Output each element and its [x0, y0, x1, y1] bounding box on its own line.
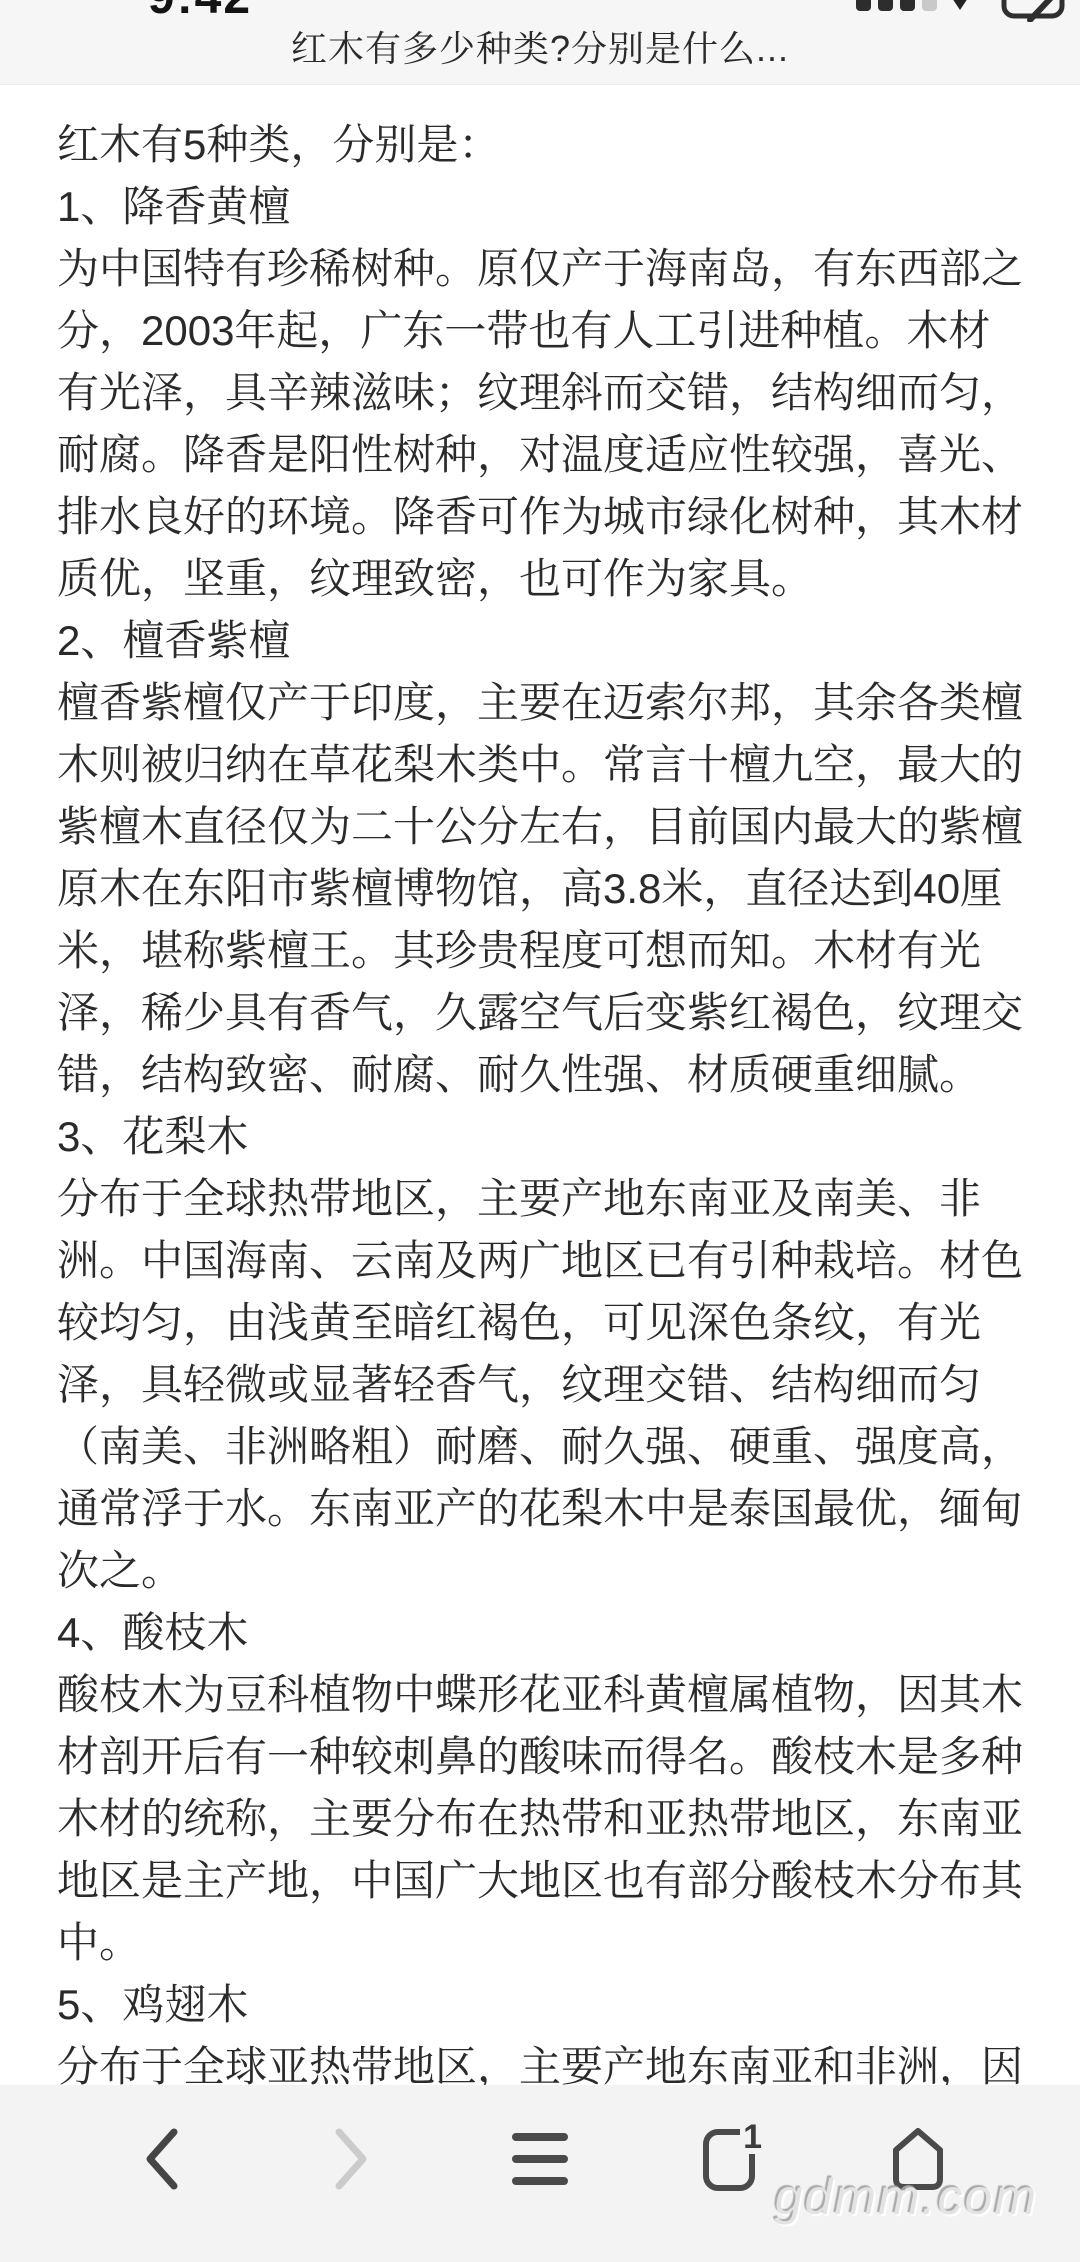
- back-button[interactable]: [130, 2128, 194, 2192]
- section-heading: 5、鸡翅木: [57, 1974, 1023, 2036]
- title-bar: 红木有多少种类?分别是什么...: [0, 8, 1080, 84]
- tab-count-badge: 1: [740, 2120, 765, 2154]
- section-heading: 1、降香黄檀: [57, 176, 1023, 238]
- menu-icon: [512, 2131, 568, 2190]
- article-content: 红木有5种类，分别是： 1、降香黄檀 为中国特有珍稀树种。原仅产于海南岛，有东西…: [0, 86, 1080, 2262]
- back-icon: [142, 2126, 182, 2195]
- top-chrome: 9:42 红木有多少种类?分别是什么...: [0, 0, 1080, 85]
- section-body: 为中国特有珍稀树种。原仅产于海南岛，有东西部之分，2003年起，广东一带也有人工…: [57, 238, 1023, 610]
- forward-icon: [331, 2126, 371, 2195]
- section-heading: 3、花梨木: [57, 1106, 1023, 1168]
- menu-button[interactable]: [508, 2128, 572, 2192]
- forward-button[interactable]: [319, 2128, 383, 2192]
- article-intro: 红木有5种类，分别是：: [57, 114, 1023, 176]
- page-title: 红木有多少种类?分别是什么...: [291, 21, 789, 72]
- section-body: 酸枝木为豆科植物中蝶形花亚科黄檀属植物，因其木材剖开后有一种较刺鼻的酸味而得名。…: [57, 1664, 1023, 1974]
- tabs-button[interactable]: 1: [697, 2128, 761, 2192]
- section-heading: 4、酸枝木: [57, 1602, 1023, 1664]
- watermark: gdmm.com: [775, 2168, 1038, 2226]
- browser-window: 9:42 红木有多少种类?分别是什么... 红木有5种类，分别是： 1、降香黄檀…: [0, 0, 1080, 2262]
- section-body: 檀香紫檀仅产于印度，主要在迈索尔邦，其余各类檀木则被归纳在草花梨木类中。常言十檀…: [57, 672, 1023, 1106]
- section-heading: 2、檀香紫檀: [57, 610, 1023, 672]
- section-body: 分布于全球热带地区，主要产地东南亚及南美、非洲。中国海南、云南及两广地区已有引种…: [57, 1168, 1023, 1602]
